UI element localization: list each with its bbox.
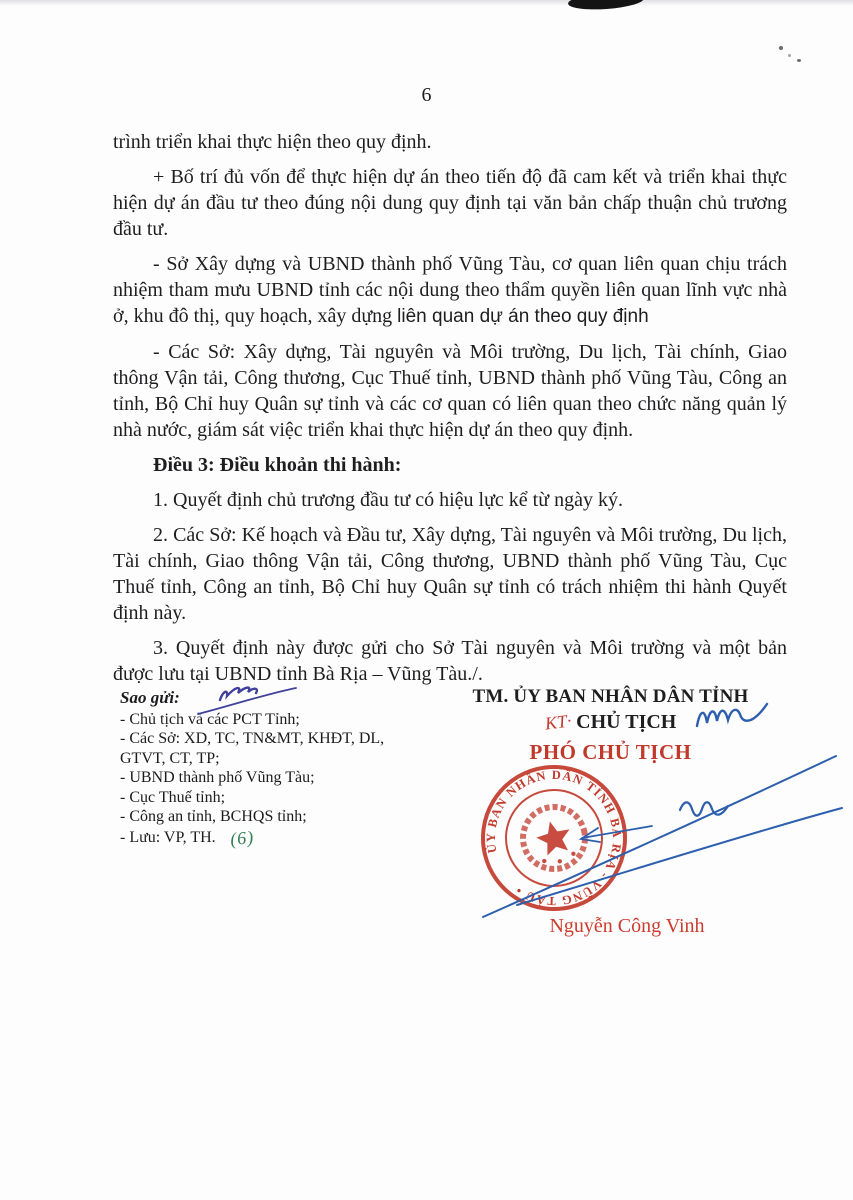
distribution-item-luu: - Lưu: VP, TH.(6) xyxy=(120,827,395,848)
page-number: 6 xyxy=(0,84,853,107)
pen-flourish xyxy=(190,683,305,719)
distribution-item: - Cục Thuế tỉnh; xyxy=(120,788,395,808)
article3-heading: Điều 3: Điều khoản thi hành: xyxy=(113,452,787,478)
luu-text: - Lưu: VP, TH. xyxy=(120,829,216,846)
distribution-item: - Công an tỉnh, BCHQS tỉnh; xyxy=(120,807,395,827)
paragraph-capital-commitment: + Bố trí đủ vốn để thực hiện dự án theo … xyxy=(113,164,787,242)
distribution-item: - UBND thành phố Vũng Tàu; xyxy=(120,768,395,788)
paragraph-construction-dept: - Sở Xây dựng và UBND thành phố Vũng Tàu… xyxy=(113,251,787,330)
scan-speck xyxy=(788,54,791,57)
distribution-item: - Các Sở: XD, TC, TN&MT, KHĐT, DL, GTVT,… xyxy=(120,729,395,768)
document-body: trình triển khai thực hiện theo quy định… xyxy=(113,129,787,696)
scan-speck xyxy=(797,59,801,62)
scan-edge-artifact xyxy=(0,0,853,6)
paragraph-departments-list: - Các Sở: Xây dựng, Tài nguyên và Môi tr… xyxy=(113,339,787,443)
signature-stroke-lower xyxy=(517,808,842,905)
document-page: 6 trình triển khai thực hiện theo quy đị… xyxy=(0,0,853,1200)
paragraph-clause-1: 1. Quyết định chủ trương đầu tư có hiệu … xyxy=(113,487,787,513)
signer-name: Nguyễn Công Vinh xyxy=(522,915,732,938)
scan-speck xyxy=(779,46,783,50)
paragraph-sans-part: liên quan dự án theo quy định xyxy=(397,306,648,327)
signature-arrow xyxy=(581,826,652,842)
signature-stroke-long xyxy=(483,756,836,917)
paragraph-clause-2: 2. Các Sở: Kế hoạch và Đầu tư, Xây dựng,… xyxy=(113,522,787,626)
initials-scribble xyxy=(697,704,767,726)
paragraph-continuation: trình triển khai thực hiện theo quy định… xyxy=(113,129,787,155)
handwritten-copy-count: (6) xyxy=(229,827,255,849)
